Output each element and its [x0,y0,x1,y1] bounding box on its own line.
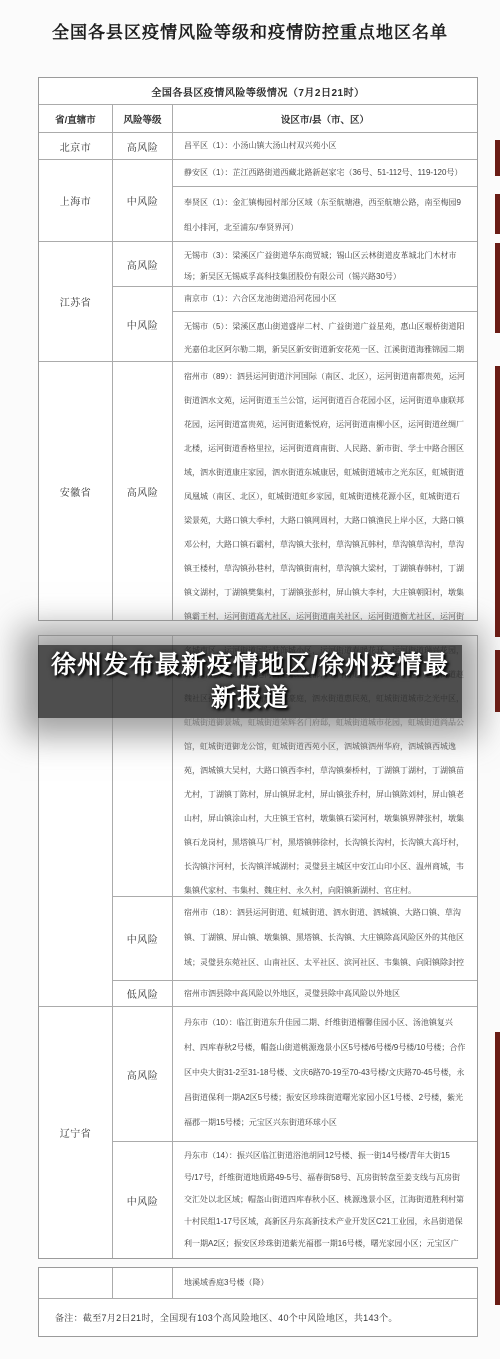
table-segment-3: 地溪域香庭3号楼（降） 备注：截至7月2日21时，全国现有103个高风险地区、4… [38,1267,478,1337]
area-cell: 昌平区（1）：小汤山镇大汤山村双兴苑小区 [173,133,477,159]
area-cell: 宿州市（18）：泗县运河街道、虹城街道、泗水街道、泗城镇、大路口镇、草沟镇、丁湖… [173,897,477,980]
province-row-beijing: 北京市 高风险 昌平区（1）：小汤山镇大汤山村双兴苑小区 [39,132,477,159]
headline-line-1: 徐州发布最新疫情地区/徐州疫情最 [51,649,449,682]
risk-level-label: 中风险 [113,897,173,980]
col-header-areas: 设区市/县（市、区） [173,105,477,132]
table-header-row: 省/直辖市 风险等级 设区市/县（市、区） [39,104,477,132]
province-name-liaoning: 辽宁省 [39,1007,113,1258]
province-name-jiangsu: 江苏省 [39,242,113,361]
province-name-empty [39,1268,113,1298]
edge-artifact [495,140,500,176]
table-note: 备注：截至7月2日21时，全国现有103个高风险地区、40个中风险地区，共143… [39,1298,477,1336]
risk-level-label: 高风险 [113,1007,173,1141]
province-name-beijing: 北京市 [39,133,113,159]
province-name-shanghai: 上海市 [39,160,113,241]
risk-level-label: 中风险 [113,160,173,241]
edge-artifact [495,366,500,637]
area-cell: 宿州市（89）：泗县运河街道汴河国际（南区、北区），运河街道南都贵苑，运河街道泗… [173,362,477,620]
headline-line-2: 新报道 [211,682,289,715]
edge-artifact [495,194,500,234]
risk-level-label: 低风险 [113,981,173,1006]
province-row-jiangsu: 江苏省 高风险 无锡市（3）：梁溪区广益街道华东商贸城；锡山区云林街道皮革城北门… [39,241,477,361]
page-title: 全国各县区疫情风险等级和疫情防控重点地区名单 [0,18,500,43]
table-segment-2: 名城南区，运河街道国际装饰城小区，运河街道春暖花开，运河街道瑞兴花园，运河街道东… [38,635,478,1259]
area-cell: 南京市（1）：六合区龙池街道沿河花园小区 [173,287,477,311]
edge-artifact [495,650,500,712]
risk-level-label: 中风险 [113,287,173,361]
headline-overlay: 徐州发布最新疫情地区/徐州疫情最 新报道 [38,645,462,718]
col-header-risk-level: 风险等级 [113,105,173,132]
risk-level-label: 中风险 [113,1142,173,1258]
col-header-province: 省/直辖市 [39,105,113,132]
area-cell: 地溪域香庭3号楼（降） [173,1268,477,1298]
area-cell: 无锡市（5）：梁溪区惠山街道盛岸二村、广益街道广益星苑，惠山区堰桥街道阳光嘉伯北… [173,311,477,361]
risk-level-label: 高风险 [113,242,173,286]
province-name-anhui: 安徽省 [39,362,113,620]
area-cell: 无锡市（3）：梁溪区广益街道华东商贸城；锡山区云林街道皮革城北门木材市场；新吴区… [173,242,477,286]
risk-level-label: 高风险 [113,133,173,159]
area-cell: 丹东市（10）：临江街道东升佳园二期、纤维街道榴馨佳园小区、汤池镇复兴村、四库春… [173,1007,477,1141]
province-row-shanghai: 上海市 中风险 静安区（1）：芷江西路街道西藏北路新赵家宅（36号、51-112… [39,159,477,241]
risk-level-label-empty [113,1268,173,1298]
edge-artifact [495,243,500,333]
table-caption: 全国各县区疫情风险等级情况（7月2日21时） [39,78,477,104]
table-segment-1: 全国各县区疫情风险等级情况（7月2日21时） 省/直辖市 风险等级 设区市/县（… [38,77,478,621]
risk-level-label: 高风险 [113,362,173,620]
province-row-liaoning-continued: 地溪域香庭3号楼（降） [39,1268,477,1298]
province-row-anhui: 安徽省 高风险 宿州市（89）：泗县运河街道汴河国际（南区、北区），运河街道南都… [39,361,477,620]
area-cell: 奉贤区（1）：金汇镇梅园村部分区域（东至航塘港，西至航塘公路，南至梅园9组小排河… [173,186,477,241]
province-row-liaoning: 辽宁省 高风险 丹东市（10）：临江街道东升佳园二期、纤维街道榴馨佳园小区、汤池… [39,1006,477,1258]
area-cell: 静安区（1）：芷江西路街道西藏北路新赵家宅（36号、51-112号、119-12… [173,160,477,186]
area-cell: 丹东市（14）：振兴区临江街道浴池胡同12号楼、振一街14号楼/青年大街15号/… [173,1142,477,1258]
edge-artifact [495,1032,500,1305]
area-cell: 宿州市泗县除中高风险以外地区，灵璧县除中高风险以外地区 [173,981,477,1006]
